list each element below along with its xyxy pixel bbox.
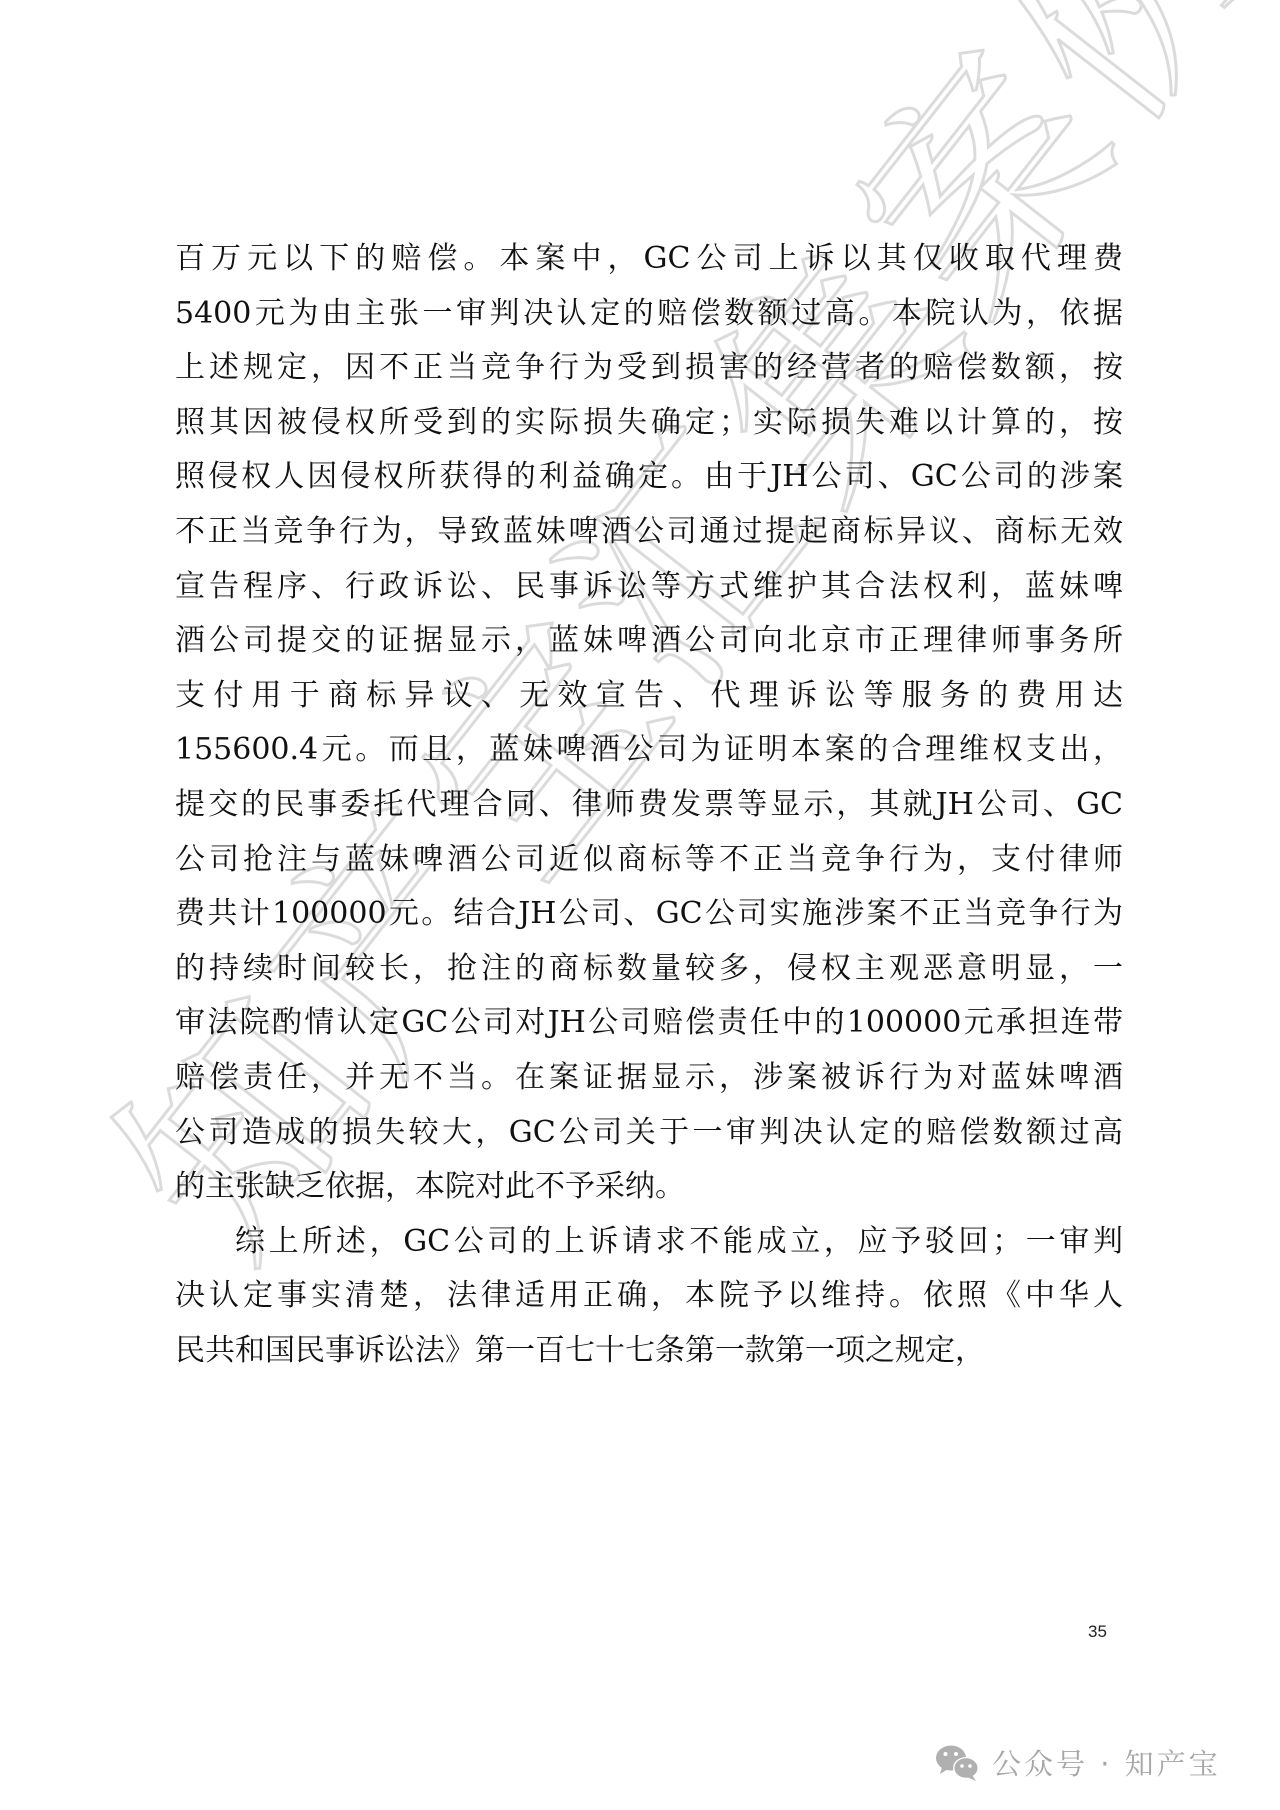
document-page: 知产宝汇集案例 百万元以下的赔偿。本案中，GC公司上诉以其仅收取代理费 5400…	[0, 0, 1280, 1810]
text-line: 公司抢注与蓝妹啤酒公司近似商标等不正当竞争行为，支付律师	[175, 833, 1123, 888]
footer-account-label: 公众号 · 知产宝	[992, 1742, 1221, 1783]
text-line: 综上所述，GC公司的上诉请求不能成立，应予驳回；一审判	[175, 1215, 1123, 1270]
text-line: 照侵权人因侵权所获得的利益确定。由于JH公司、GC公司的涉案	[175, 450, 1123, 505]
wechat-icon	[934, 1743, 982, 1783]
text-line: 上述规定，因不正当竞争行为受到损害的经营者的赔偿数额，按	[175, 341, 1123, 396]
text-line: 支付用于商标异议、无效宣告、代理诉讼等服务的费用达	[175, 669, 1123, 724]
text-line: 公司造成的损失较大，GC公司关于一审判决认定的赔偿数额过高	[175, 1106, 1123, 1161]
text-line: 宣告程序、行政诉讼、民事诉讼等方式维护其合法权利，蓝妹啤	[175, 560, 1123, 615]
page-number: 35	[1088, 1622, 1107, 1642]
text-line: 提交的民事委托代理合同、律师费发票等显示，其就JH公司、GC	[175, 778, 1123, 833]
text-line: 酒公司提交的证据显示，蓝妹啤酒公司向北京市正理律师事务所	[175, 614, 1123, 669]
wechat-account-badge: 公众号 · 知产宝	[934, 1742, 1221, 1783]
paragraph-2: 综上所述，GC公司的上诉请求不能成立，应予驳回；一审判 决认定事实清楚，法律适用…	[175, 1215, 1123, 1379]
text-line: 不正当竞争行为，导致蓝妹啤酒公司通过提起商标异议、商标无效	[175, 505, 1123, 560]
text-line: 决认定事实清楚，法律适用正确，本院予以维持。依照《中华人	[175, 1269, 1123, 1324]
text-line: 155600.4元。而且，蓝妹啤酒公司为证明本案的合理维权支出，	[175, 723, 1123, 778]
text-line: 审法院酌情认定GC公司对JH公司赔偿责任中的100000元承担连带	[175, 996, 1123, 1051]
text-line: 赔偿责任，并无不当。在案证据显示，涉案被诉行为对蓝妹啤酒	[175, 1051, 1123, 1106]
paragraph-1: 百万元以下的赔偿。本案中，GC公司上诉以其仅收取代理费 5400元为由主张一审判…	[175, 232, 1123, 1215]
text-line: 5400元为由主张一审判决认定的赔偿数额过高。本院认为，依据	[175, 287, 1123, 342]
text-line: 照其因被侵权所受到的实际损失确定；实际损失难以计算的，按	[175, 396, 1123, 451]
text-line: 民共和国民事诉讼法》第一百七十七条第一款第一项之规定，	[175, 1324, 1123, 1379]
text-line: 百万元以下的赔偿。本案中，GC公司上诉以其仅收取代理费	[175, 232, 1123, 287]
text-line: 的主张缺乏依据，本院对此不予采纳。	[175, 1160, 1123, 1215]
text-line: 费共计100000元。结合JH公司、GC公司实施涉案不正当竞争行为	[175, 887, 1123, 942]
document-body: 百万元以下的赔偿。本案中，GC公司上诉以其仅收取代理费 5400元为由主张一审判…	[175, 232, 1123, 1378]
text-line: 的持续时间较长，抢注的商标数量较多，侵权主观恶意明显，一	[175, 942, 1123, 997]
